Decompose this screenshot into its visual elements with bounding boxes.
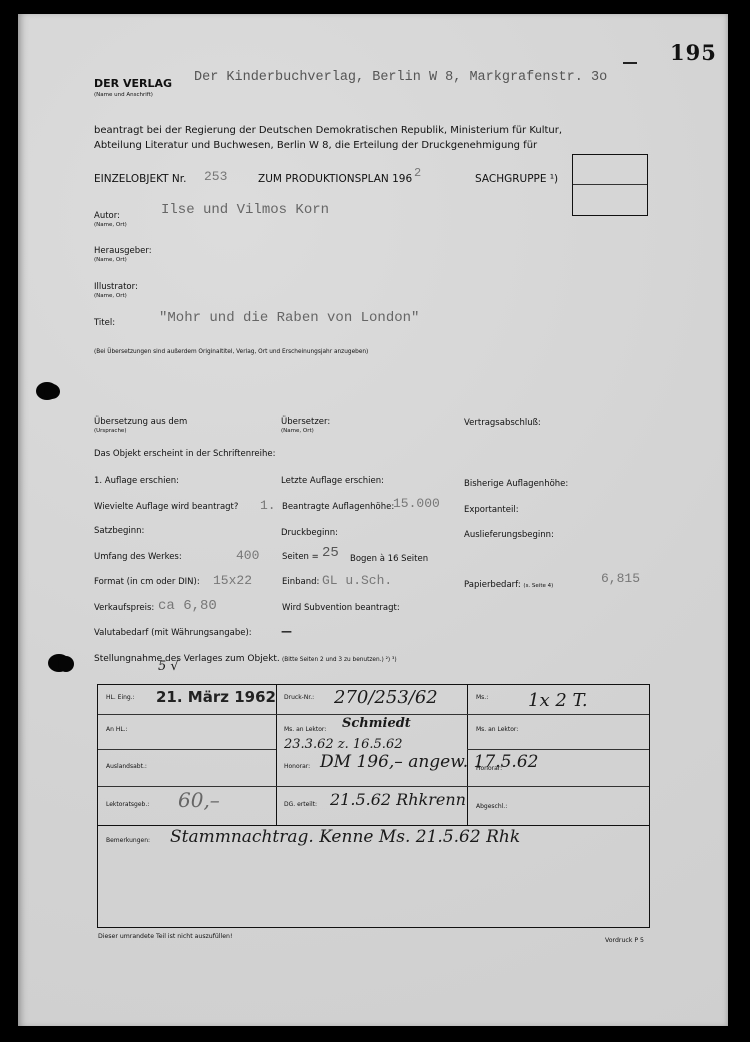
punch-hole-upper-b [44,384,60,399]
beantragte-label: Beantragte Auflagenhöhe: [282,502,394,512]
papierbedarf-label: Papierbedarf: [464,580,521,590]
uebersetzer-label: Übersetzer: [281,417,330,427]
grid-rule [276,786,467,787]
ms-an-lektor-label: Ms. an Lektor: [284,726,326,733]
honorar-value: DM 196,– angew. 17.5.62 [320,752,538,772]
format-label: Format (in cm oder DIN): [94,577,200,587]
format-value: 15x22 [213,573,252,588]
document-page: 195 DER VERLAG (Name und Anschrift) Der … [18,14,728,1026]
illustrator-sublabel: (Name, Ort) [94,293,138,299]
illustrator-label: Illustrator: [94,282,138,292]
druckbeginn-label: Druckbeginn: [281,528,338,538]
stellungnahme-note: (Bitte Seiten 2 und 3 zu benutzen.) ²) ³… [282,657,397,663]
bisherige-auflage-label: Bisherige Auflagenhöhe: [464,479,568,489]
autor-label-block: Autor: (Name, Ort) [94,211,127,228]
verkaufspreis-label: Verkaufspreis: [94,603,154,613]
grid-divider-1 [276,685,277,825]
uebersetzung-sublabel: (Ursprache) [94,428,187,434]
hl-eing-label: HL. Eing.: [106,694,135,701]
uebersetzer-label-block: Übersetzer: (Name, Ort) [281,417,330,434]
papierbedarf-value: 6,815 [601,571,640,586]
handwritten-mark: 5 √ [158,659,179,674]
an-hl-label: An HL.: [106,726,128,733]
grid-rule [98,749,276,750]
einband-value: GL u.Sch. [322,573,392,588]
honorar-label-2: Honorar: [476,765,502,772]
dg-erteilt-label: DG. erteilt: [284,801,317,808]
hl-eing-stamp: 21. März 1962 [156,688,276,706]
grid-rule [276,714,467,715]
ms-an-lektor-name: Schmiedt [342,716,411,731]
einband-label: Einband: [282,577,319,587]
druck-nr-label: Druck-Nr.: [284,694,314,701]
vertrag-label: Vertragsabschluß: [464,418,541,428]
autor-sublabel: (Name, Ort) [94,222,127,228]
form-id: Vordruck P 5 [605,937,644,944]
herausgeber-label: Herausgeber: [94,246,152,256]
herausgeber-sublabel: (Name, Ort) [94,257,152,263]
druck-nr-value: 270/253/62 [334,687,438,708]
bogen-value: 25 [322,545,339,561]
produktionsplan-value: 2 [414,166,421,180]
sachgruppe-box[interactable] [572,154,648,216]
subvention-label: Wird Subvention beantragt: [282,603,400,613]
erste-auflage-label: 1. Auflage erschien: [94,476,179,486]
titel-label: Titel: [94,318,115,328]
grid-rule-bemerkungen [98,825,649,826]
intro-text: beantragt bei der Regierung der Deutsche… [94,123,562,153]
intro-line-1: beantragt bei der Regierung der Deutsche… [94,123,562,138]
ms-an-lektor-dates: 23.3.62 z. 16.5.62 [284,737,403,752]
grid-rule [467,786,649,787]
uebersetzung-label-block: Übersetzung aus dem (Ursprache) [94,417,187,434]
satzbeginn-label: Satzbeginn: [94,526,144,536]
illustrator-label-block: Illustrator: (Name, Ort) [94,282,138,299]
beantragte-value: 15.000 [393,496,440,511]
bemerkungen-label: Bemerkungen: [106,837,150,844]
dg-erteilt-value: 21.5.62 Rhkrenn [330,790,466,809]
publisher-label: DER VERLAG [94,77,172,90]
papierbedarf-label-block: Papierbedarf: (s. Seite 4) [464,580,553,590]
titel-value: "Mohr und die Raben von London" [159,310,419,326]
auslieferung-label: Auslieferungsbeginn: [464,530,554,540]
auslandsabt-label: Auslandsabt.: [106,763,147,770]
sachgruppe-label: SACHGRUPPE ¹) [475,173,558,185]
verkaufspreis-value: ca 6,80 [158,598,217,614]
abgeschl-label: Abgeschl.: [476,803,507,810]
publisher-value: Der Kinderbuchverlag, Berlin W 8, Markgr… [194,70,607,85]
ms-label: Ms.: [476,694,488,701]
titel-note: (Bei Übersetzungen sind außerdem Origina… [94,349,368,355]
produktionsplan-label: ZUM PRODUKTIONSPLAN 196 [258,173,412,185]
einzelobjekt-value: 253 [204,169,227,184]
umfang-value: 400 [236,548,259,563]
grid-rule [98,714,276,715]
publisher-label-block: DER VERLAG (Name und Anschrift) [94,72,172,98]
office-use-box: HL. Eing.: 21. März 1962 An HL.: Ausland… [97,684,650,928]
grid-rule [467,749,649,750]
wievielte-value: 1. [260,498,276,513]
stellungnahme-label: Stellungnahme des Verlages zum Objekt. [94,654,280,664]
punch-hole-lower-b [58,656,74,672]
ms-value: 1x 2 T. [528,690,588,711]
honorar-label: Honorar: [284,763,310,770]
valuta-label: Valutabedarf (mit Währungsangabe): [94,628,252,638]
umfang-label: Umfang des Werkes: [94,552,182,562]
uebersetzung-label: Übersetzung aus dem [94,417,187,427]
lektoratsgeb-label: Lektoratsgeb.: [106,801,149,808]
ms-an-lektor-label-2: Ms. an Lektor: [476,726,518,733]
seiten-label: Seiten = [282,552,319,562]
lektoratsgeb-value: 60,– [178,788,220,812]
dash-mark [623,62,637,64]
grid-rule [98,786,276,787]
einzelobjekt-label: EINZELOBJEKT Nr. [94,173,186,185]
publisher-sublabel: (Name und Anschrift) [94,92,172,98]
uebersetzer-sublabel: (Name, Ort) [281,428,330,434]
wievielte-label: Wievielte Auflage wird beantragt? [94,502,238,512]
bemerkungen-value: Stammnachtrag. Kenne Ms. 21.5.62 Rhk [170,827,520,847]
page-number: 195 [670,40,717,65]
intro-line-2: Abteilung Literatur und Buchwesen, Berli… [94,138,562,153]
papierbedarf-sublabel: (s. Seite 4) [523,583,553,589]
footer-note: Dieser umrandete Teil ist nicht auszufül… [98,933,232,940]
valuta-value: — [281,625,292,638]
exportanteil-label: Exportanteil: [464,505,519,515]
letzte-auflage-label: Letzte Auflage erschien: [281,476,384,486]
sachgruppe-box-divider [573,184,647,185]
autor-value: Ilse und Vilmos Korn [161,202,329,218]
bogen-label: Bogen à 16 Seiten [350,554,428,564]
schriftenreihe-label: Das Objekt erscheint in der Schriftenrei… [94,449,276,459]
herausgeber-label-block: Herausgeber: (Name, Ort) [94,246,152,263]
grid-rule [467,714,649,715]
autor-label: Autor: [94,211,120,221]
